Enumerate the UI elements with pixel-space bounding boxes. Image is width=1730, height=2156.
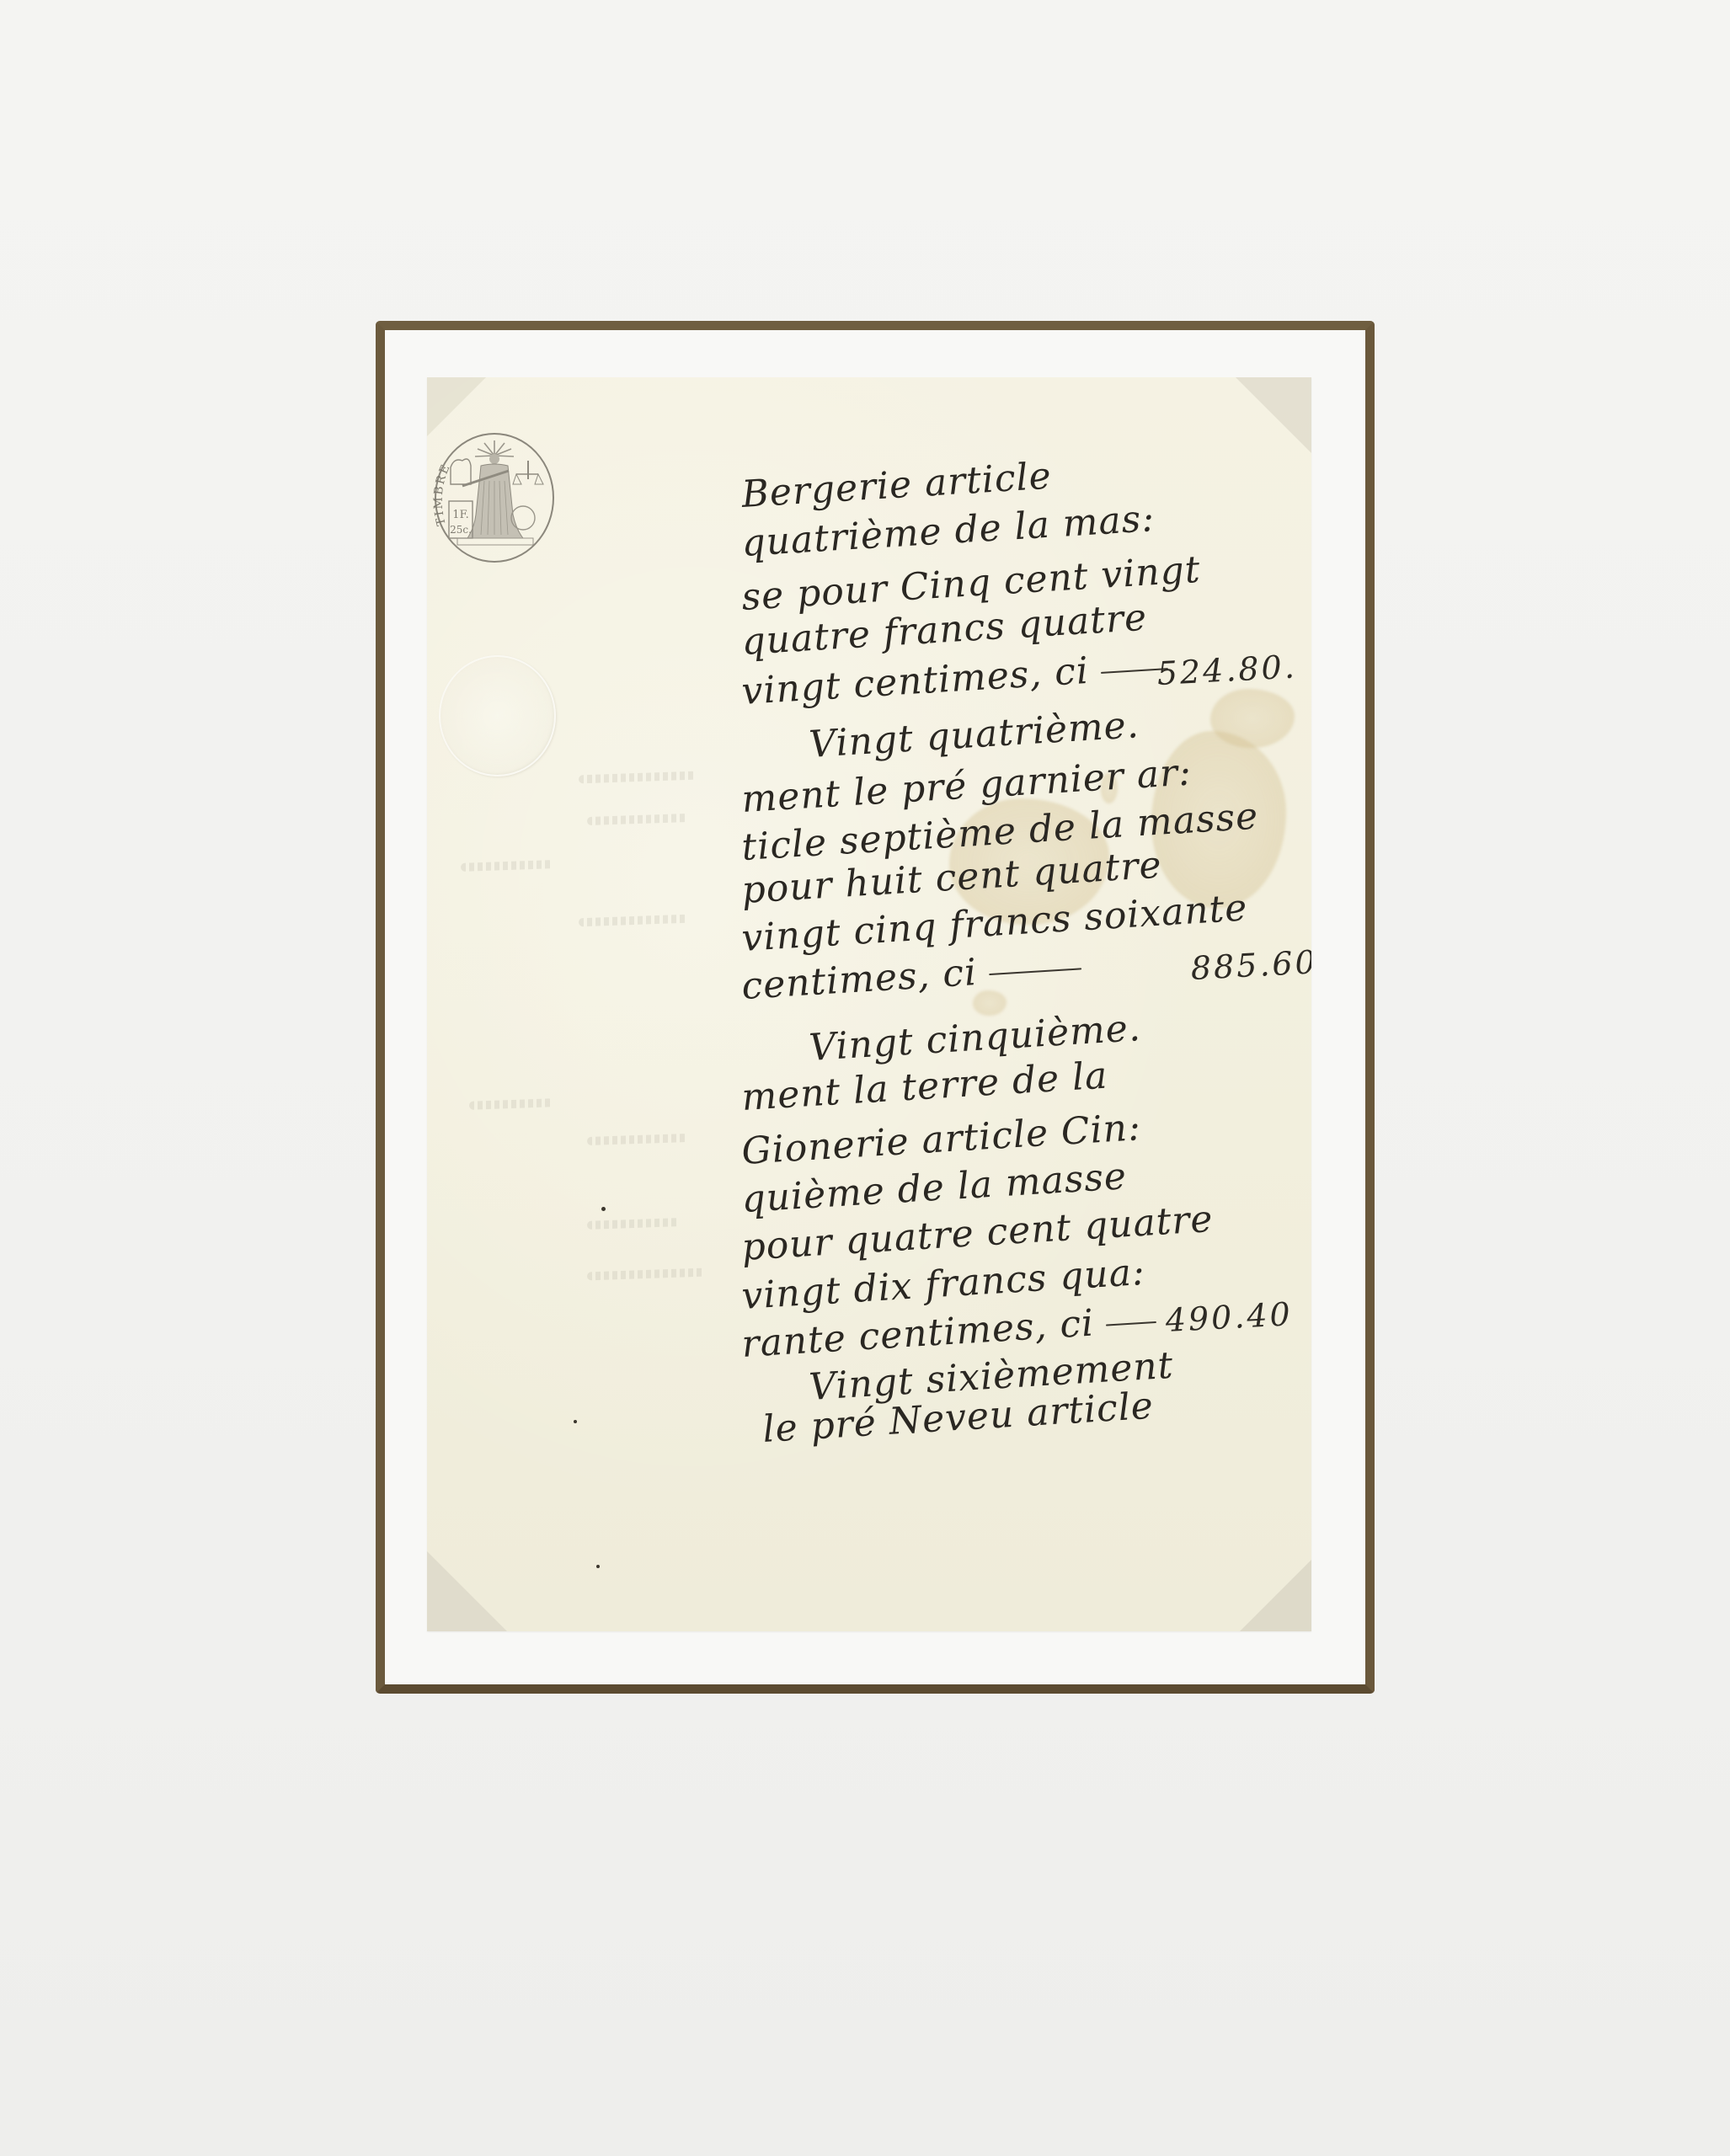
bleed-through-mark (579, 915, 688, 927)
amount-3: 490.40 (1165, 1295, 1294, 1339)
leader-dash (989, 968, 1081, 975)
embossed-seal (439, 655, 556, 776)
bleed-through-mark (587, 1268, 705, 1281)
bleed-through-mark (587, 814, 688, 825)
svg-text:25c.: 25c. (450, 524, 472, 536)
leader-dash (1106, 1321, 1156, 1326)
photo-corner-top-left (427, 377, 486, 436)
photo-corner-bottom-right (1240, 1560, 1311, 1631)
tax-stamp-seal: 1F. 25c. TIMBRE (429, 430, 555, 563)
manuscript-page: 1F. 25c. TIMBRE Bergerie article quatriè… (427, 377, 1311, 1631)
svg-text:TIMBRE: TIMBRE (432, 462, 454, 527)
section-heading: Vingt quatrième. (808, 707, 1140, 764)
ink-speck (574, 1420, 577, 1423)
justice-figure-icon: 1F. 25c. TIMBRE (429, 430, 555, 563)
bleed-through-mark (469, 1098, 553, 1109)
ink-speck (601, 1207, 606, 1211)
water-stain (1210, 689, 1295, 748)
photo-corner-bottom-left (427, 1551, 507, 1631)
svg-text:1F.: 1F. (452, 509, 468, 521)
line-text: centimes, ci (740, 951, 978, 1008)
bleed-through-mark (461, 860, 553, 872)
amount-1: 524.80. (1156, 648, 1298, 692)
bleed-through-mark (587, 1218, 680, 1230)
water-stain (973, 990, 1006, 1016)
bleed-through-mark (579, 771, 697, 784)
amount-2: 885.60. (1190, 942, 1311, 987)
ink-speck (596, 1565, 600, 1568)
bleed-through-mark (587, 1134, 688, 1145)
handwritten-line: ment la terre de la (740, 1058, 1108, 1117)
photo-corner-top-right (1236, 377, 1311, 453)
